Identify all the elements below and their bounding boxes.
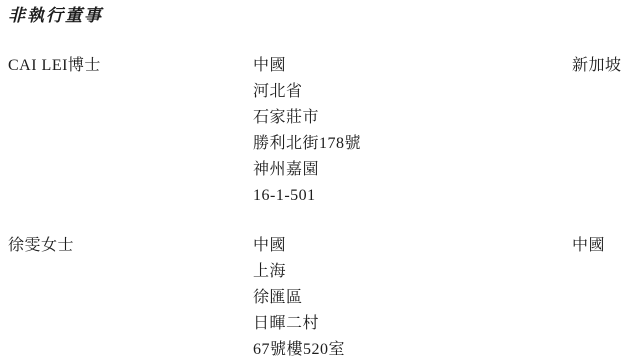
director-country: 新加坡 xyxy=(572,53,630,79)
address-line: 中國 xyxy=(253,53,572,79)
address-line: 徐匯區 xyxy=(253,285,572,311)
director-row: CAI LEI博士 中國河北省石家莊市勝利北街178號神州嘉園16-1-501 … xyxy=(8,53,630,209)
address-line: 上海 xyxy=(253,259,572,285)
address-line: 中國 xyxy=(253,233,572,259)
director-row: 徐雯女士 中國上海徐匯區日暉二村67號樓520室 中國 xyxy=(8,233,630,360)
address-line: 石家莊市 xyxy=(253,105,572,131)
director-country: 中國 xyxy=(572,233,630,259)
address-line: 神州嘉園 xyxy=(253,157,572,183)
address-line: 日暉二村 xyxy=(253,311,572,337)
address-line: 67號樓520室 xyxy=(253,337,572,360)
directors-list: CAI LEI博士 中國河北省石家莊市勝利北街178號神州嘉園16-1-501 … xyxy=(8,53,630,360)
document-page: 非執行董事 CAI LEI博士 中國河北省石家莊市勝利北街178號神州嘉園16-… xyxy=(0,0,630,360)
address-line: 勝利北街178號 xyxy=(253,131,572,157)
director-name: CAI LEI博士 xyxy=(8,53,253,79)
section-heading: 非執行董事 xyxy=(8,6,630,26)
address-line: 16-1-501 xyxy=(253,183,572,209)
director-address: 中國河北省石家莊市勝利北街178號神州嘉園16-1-501 xyxy=(253,53,572,209)
address-line: 河北省 xyxy=(253,79,572,105)
director-address: 中國上海徐匯區日暉二村67號樓520室 xyxy=(253,233,572,360)
director-name: 徐雯女士 xyxy=(8,233,253,259)
